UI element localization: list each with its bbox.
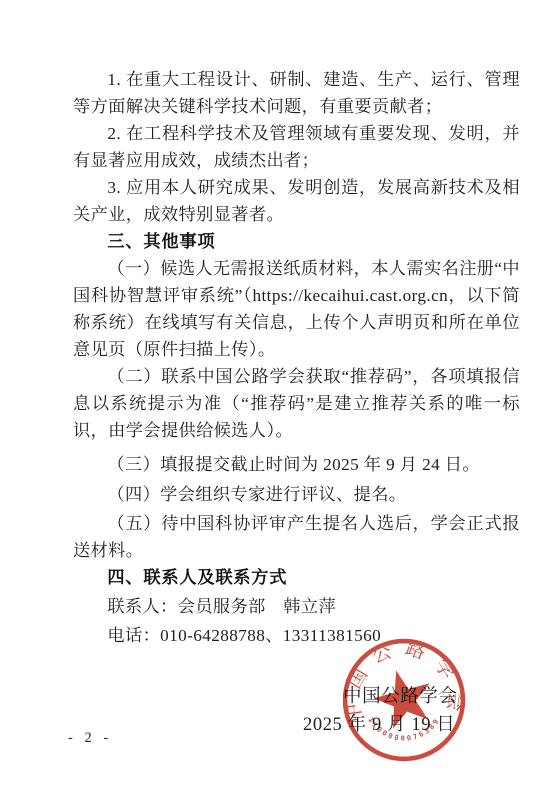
document-body: 1. 在重大工程设计、研制、建造、生产、运行、管理等方面解决关键科学技术问题，有… xyxy=(73,66,520,649)
contact-person-line: 联系人：会员服务部 韩立萍 xyxy=(73,593,520,620)
official-seal: 中国公路学会 1100000076389 xyxy=(340,636,468,764)
paragraph: 3. 应用本人研究成果、发明创造，发展高新技术及相关产业，成效特别显著者。 xyxy=(73,174,520,228)
paragraph: 2. 在工程科学技术及管理领域有重要发现、发明，并有显著应用成效，成绩杰出者； xyxy=(73,120,520,174)
seal-serial-number: 1100000076389 xyxy=(366,715,441,742)
paragraph: （二）联系中国公路学会获取“推荐码”，各项填报信息以系统提示为准（“推荐码”是建… xyxy=(73,363,520,444)
page-number: - 2 - xyxy=(68,730,112,747)
section-heading-other-matters: 三、其他事项 xyxy=(73,228,520,255)
paragraph: （一）候选人无需报送纸质材料，本人需实名注册“中国科协智慧评审系统”（https… xyxy=(73,255,520,363)
svg-text:1100000076389: 1100000076389 xyxy=(366,715,441,742)
section-heading-contacts: 四、联系人及联系方式 xyxy=(73,564,520,591)
document-page: 1. 在重大工程设计、研制、建造、生产、运行、管理等方面解决关键科学技术问题，有… xyxy=(0,0,558,793)
paragraph: （三）填报提交截止时间为 2025 年 9 月 24 日。 xyxy=(73,451,520,478)
star-icon xyxy=(368,663,438,731)
paragraph: （四）学会组织专家进行评议、提名。 xyxy=(73,481,520,508)
paragraph: 1. 在重大工程设计、研制、建造、生产、运行、管理等方面解决关键科学技术问题，有… xyxy=(73,66,520,120)
paragraph: （五）待中国科协评审产生提名人选后，学会正式报送材料。 xyxy=(73,510,520,564)
